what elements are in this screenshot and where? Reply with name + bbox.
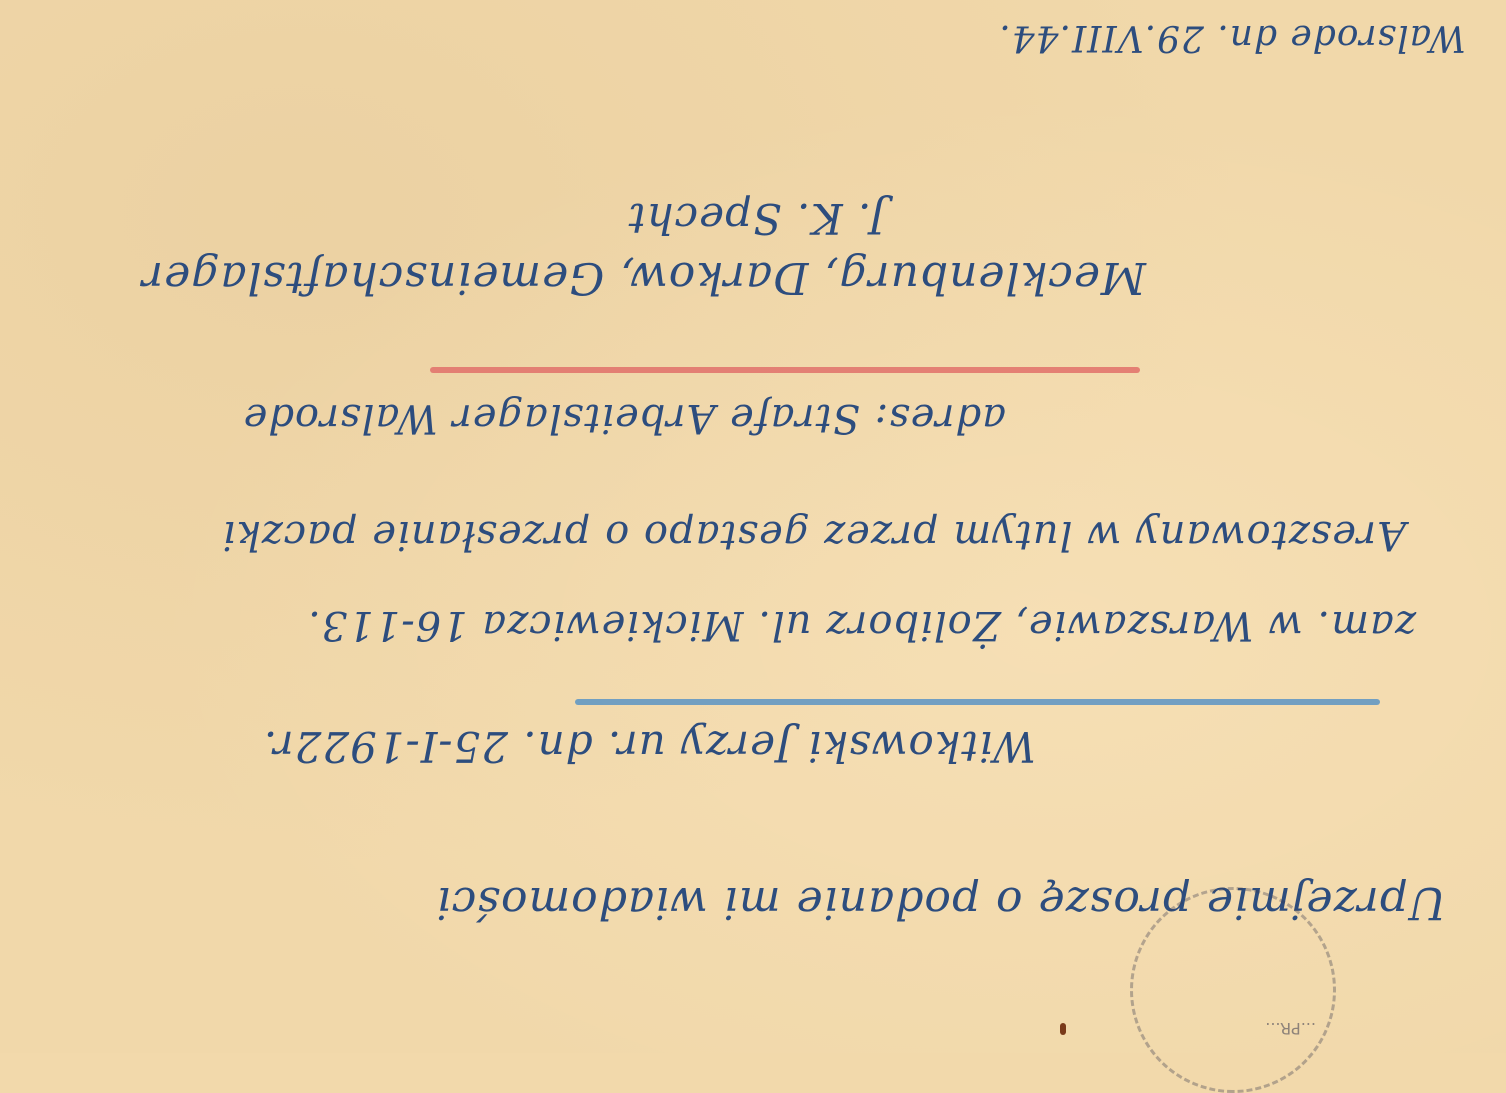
red-underline xyxy=(430,367,1140,373)
postmark-text: ...PR... xyxy=(1265,1019,1316,1038)
postcard: Walsrode dn. 29.VIII.44. J. K. Specht Me… xyxy=(0,0,1506,1053)
address-line: zam. w Warszawie, Żoliborz ul. Mickiewic… xyxy=(307,602,1416,648)
recipient-address-line: adres: Strafe Arbeitslager Walsrode xyxy=(243,395,1006,441)
arrest-line: Aresztowany w lutym przez gestapo o prze… xyxy=(222,512,1406,558)
blue-underline xyxy=(575,699,1380,705)
signature: J. K. Specht xyxy=(628,194,886,243)
date-line: Walsrode dn. 29.VIII.44. xyxy=(998,17,1466,58)
ink-spot xyxy=(1060,1023,1066,1035)
camp-line: Mecklenburg, Darkow, Gemeinschaftslager xyxy=(141,252,1146,303)
name-line: Witkowski Jerzy ur. dn. 25-I-1922r. xyxy=(263,722,1036,771)
